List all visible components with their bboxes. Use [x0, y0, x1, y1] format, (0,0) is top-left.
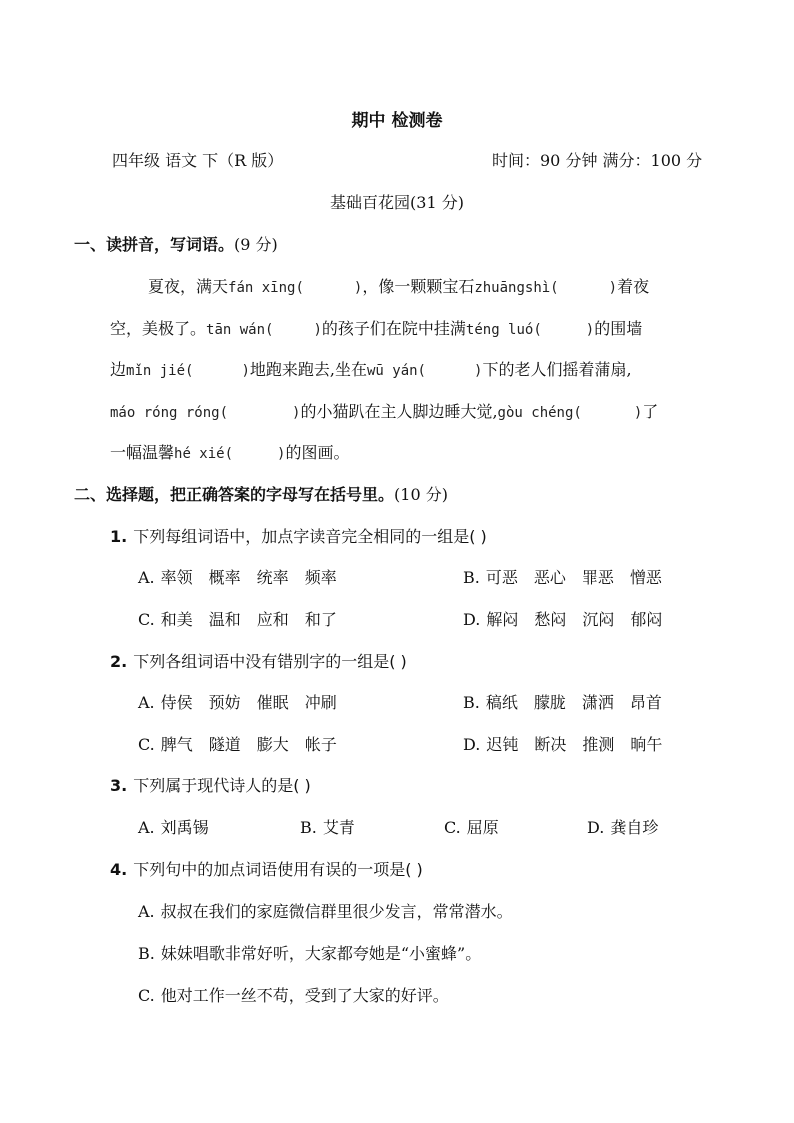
option-word: 温和 [209, 607, 241, 630]
option-word: 脾气 [161, 732, 193, 755]
q4-option-a[interactable]: A.叔叔在我们的家庭微信群里很少发言，常常潜水。 [138, 899, 513, 922]
question-1: 1.下列每组词语中，加点字读音完全相同的一组是( ) [110, 524, 487, 547]
option-word: 罪恶 [582, 565, 614, 588]
option-word: 率领 [161, 565, 193, 588]
q2-option-a[interactable]: A.侍侯预妨催眠冲刷 [138, 690, 353, 713]
option-letter: C. [138, 986, 155, 1005]
option-word: 憎恶 [630, 565, 662, 588]
option-letter: C. [138, 610, 155, 629]
option-word: 潇洒 [582, 690, 614, 713]
question-number: 3. [110, 776, 127, 795]
passage-line: 边mǐn jié()地跑来跑去,坐在wū yán()下的老人们摇着蒲扇, [110, 357, 632, 380]
option-word: 沉闷 [582, 607, 614, 630]
option-word: 冲刷 [305, 690, 337, 713]
option-word: 恶心 [534, 565, 566, 588]
option-letter: B. [463, 568, 480, 587]
option-word: 刘禹锡 [161, 818, 209, 837]
section-2-score: (10 分) [394, 485, 448, 504]
option-word: 侍侯 [161, 690, 193, 713]
passage-text: 夏夜，满天 [148, 277, 228, 296]
passage-text: 的围墙 [594, 319, 642, 338]
q3-option-b[interactable]: B.艾青 [300, 815, 355, 838]
option-letter: D. [463, 735, 480, 754]
option-word: 龚自珍 [610, 818, 658, 837]
question-number: 1. [110, 527, 127, 546]
question-text: 下列每组词语中，加点字读音完全相同的一组是( ) [133, 527, 487, 546]
passage-text: 的孩子们在院中挂满 [322, 319, 466, 338]
option-word: 应和 [257, 607, 289, 630]
exam-title: 期中 检测卷 [0, 106, 794, 131]
option-word: 和了 [305, 607, 337, 630]
pinyin: ) [609, 280, 617, 296]
option-word: 隧道 [209, 732, 241, 755]
grade-subject: 四年级 语文 下（R 版） [112, 148, 283, 171]
question-number: 2. [110, 652, 127, 671]
q3-option-d[interactable]: D.龚自珍 [587, 815, 658, 838]
q2-option-b[interactable]: B.稿纸朦胧潇洒昂首 [463, 690, 678, 713]
q1-option-d[interactable]: D.解闷愁闷沉闷郁闷 [463, 607, 678, 630]
q1-option-c[interactable]: C.和美温和应和和了 [138, 607, 353, 630]
pinyin: hé xié( [174, 446, 233, 462]
option-letter: A. [138, 693, 155, 712]
passage-text: 的小猫趴在主人脚边睡大觉, [300, 402, 497, 421]
pinyin: ) [313, 322, 321, 338]
q1-option-b[interactable]: B.可恶恶心罪恶憎恶 [463, 565, 678, 588]
section-1-title: 一、读拼音，写词语。 [74, 235, 234, 254]
option-letter: A. [138, 818, 155, 837]
question-number: 4. [110, 860, 127, 879]
option-letter: A. [138, 902, 155, 921]
q2-option-d[interactable]: D.迟钝断决推测晌午 [463, 732, 678, 755]
passage-line: máo róng róng()的小猫趴在主人脚边睡大觉,gòu chéng()了 [110, 399, 658, 422]
pinyin: ) [241, 363, 249, 379]
option-sentence: 叔叔在我们的家庭微信群里很少发言，常常潜水。 [161, 902, 513, 921]
option-letter: D. [587, 818, 604, 837]
option-letter: B. [138, 944, 155, 963]
passage-text: 的图画。 [285, 443, 349, 462]
option-word: 帐子 [305, 732, 337, 755]
option-word: 断决 [534, 732, 566, 755]
pinyin: ) [586, 322, 594, 338]
question-4: 4.下列句中的加点词语使用有误的一项是( ) [110, 857, 423, 880]
option-sentence: 妹妹唱歌非常好听，大家都夸她是“小蜜蜂”。 [161, 944, 481, 963]
option-letter: D. [463, 610, 480, 629]
section-1-heading: 一、读拼音，写词语。(9 分) [74, 232, 278, 255]
passage-line: 空，美极了。tān wán()的孩子们在院中挂满téng luó()的围墙 [110, 316, 642, 339]
q2-option-c[interactable]: C.脾气隧道膨大帐子 [138, 732, 353, 755]
option-letter: C. [444, 818, 461, 837]
option-letter: B. [300, 818, 317, 837]
option-word: 催眠 [257, 690, 289, 713]
option-word: 稿纸 [486, 690, 518, 713]
option-word: 郁闷 [630, 607, 662, 630]
passage-text: 下的老人们摇着蒲扇, [482, 360, 631, 379]
question-text: 下列各组词语中没有错别字的一组是( ) [133, 652, 407, 671]
option-word: 膨大 [257, 732, 289, 755]
part-title: 基础百花园(31 分) [0, 190, 794, 213]
time-and-score: 时间：90 分钟 满分：100 分 [492, 148, 702, 171]
option-word: 解闷 [486, 607, 518, 630]
option-word: 推测 [582, 732, 614, 755]
passage-text: 一幅温馨 [110, 443, 174, 462]
question-text: 下列句中的加点词语使用有误的一项是( ) [133, 860, 423, 879]
option-word: 迟钝 [486, 732, 518, 755]
passage-text: ，像一颗颗宝石 [362, 277, 474, 296]
option-word: 晌午 [630, 732, 662, 755]
option-word: 和美 [161, 607, 193, 630]
option-word: 预妨 [209, 690, 241, 713]
pinyin: wū yán( [367, 363, 426, 379]
pinyin: zhuāngshì( [474, 280, 558, 296]
pinyin: gòu chéng( [498, 405, 582, 421]
option-word: 昂首 [630, 690, 662, 713]
q4-option-b[interactable]: B.妹妹唱歌非常好听，大家都夸她是“小蜜蜂”。 [138, 941, 481, 964]
option-word: 屈原 [467, 818, 499, 837]
question-2: 2.下列各组词语中没有错别字的一组是( ) [110, 649, 407, 672]
option-word: 频率 [305, 565, 337, 588]
option-sentence: 他对工作一丝不苟，受到了大家的好评。 [161, 986, 449, 1005]
pinyin: mǐn jié( [126, 363, 193, 379]
pinyin: téng luó( [466, 322, 542, 338]
option-letter: C. [138, 735, 155, 754]
option-word: 统率 [257, 565, 289, 588]
passage-text: 着夜 [617, 277, 649, 296]
q1-option-a[interactable]: A.率领概率统率频率 [138, 565, 353, 588]
passage-text: 了 [642, 402, 658, 421]
option-letter: A. [138, 568, 155, 587]
section-1-score: (9 分) [234, 235, 278, 254]
pinyin: máo róng róng( [110, 405, 228, 421]
pinyin: tān wán( [206, 322, 273, 338]
question-text: 下列属于现代诗人的是( ) [133, 776, 311, 795]
passage-text: 边 [110, 360, 126, 379]
option-letter: B. [463, 693, 480, 712]
passage-line: 一幅温馨hé xié()的图画。 [110, 440, 349, 463]
q3-option-c[interactable]: C.屈原 [444, 815, 499, 838]
option-word: 朦胧 [534, 690, 566, 713]
option-word: 可恶 [486, 565, 518, 588]
q3-option-a[interactable]: A.刘禹锡 [138, 815, 209, 838]
pinyin: fán xīng( [228, 280, 304, 296]
question-3: 3.下列属于现代诗人的是( ) [110, 773, 311, 796]
section-2-title: 二、选择题，把正确答案的字母写在括号里。 [74, 485, 394, 504]
q4-option-c[interactable]: C.他对工作一丝不苟，受到了大家的好评。 [138, 983, 449, 1006]
section-2-heading: 二、选择题，把正确答案的字母写在括号里。(10 分) [74, 482, 448, 505]
passage-text: 地跑来跑去,坐在 [250, 360, 367, 379]
passage-line: 夏夜，满天fán xīng()，像一颗颗宝石zhuāngshì()着夜 [148, 274, 649, 297]
option-word: 概率 [209, 565, 241, 588]
passage-text: 空，美极了。 [110, 319, 206, 338]
option-word: 愁闷 [534, 607, 566, 630]
option-word: 艾青 [323, 818, 355, 837]
